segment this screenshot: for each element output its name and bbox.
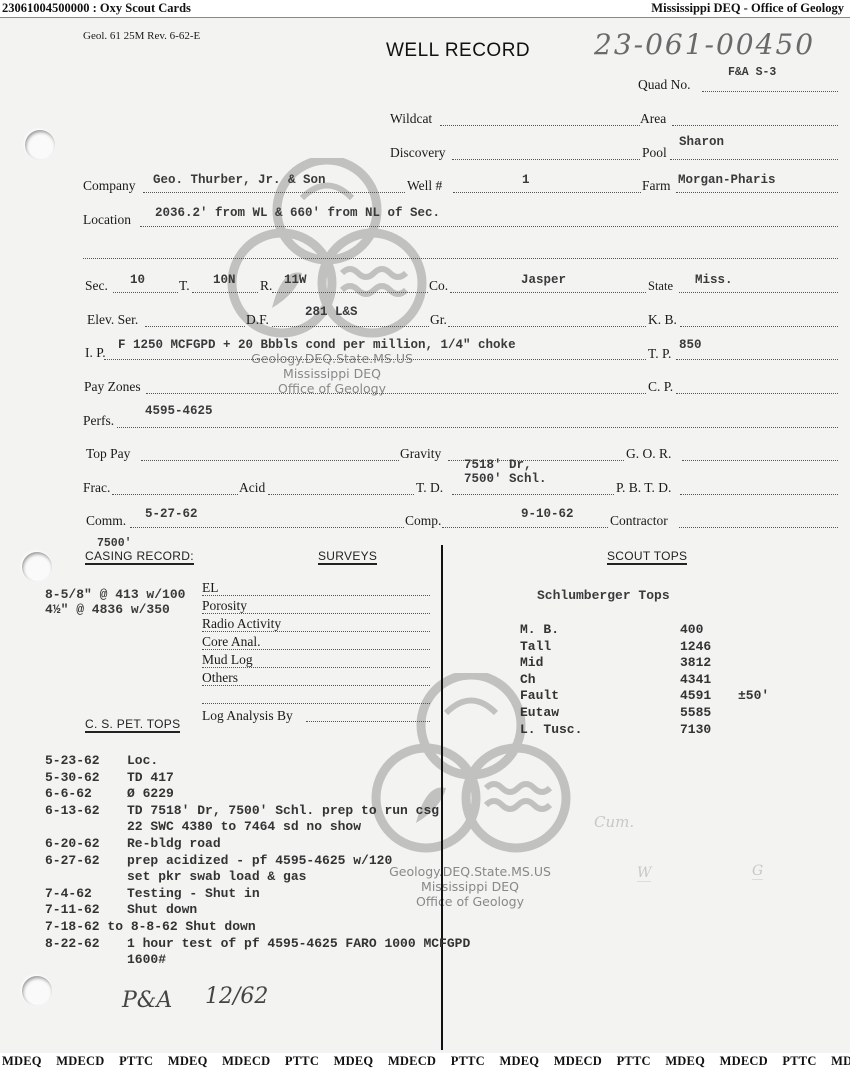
area-label: Area xyxy=(640,111,666,127)
footer-label: MDEQ xyxy=(831,1054,850,1069)
location-label: Location xyxy=(83,212,131,228)
footer-label: PTTC xyxy=(451,1054,485,1069)
survey-item: Core Anal. xyxy=(202,632,430,650)
watermark-line2: Mississippi DEQ xyxy=(242,366,422,381)
survey-item: EL xyxy=(202,578,430,596)
agency-title: Mississippi DEQ - Office of Geology xyxy=(651,1,844,16)
log-entry: 5-23-62Loc. xyxy=(45,753,470,770)
comm-value: 5-27-62 xyxy=(145,507,198,521)
footer-label: MDEQ xyxy=(665,1054,705,1069)
frac-label: Frac. xyxy=(83,480,110,496)
cp-label: C. P. xyxy=(648,379,673,395)
well-no-value: 1 xyxy=(522,173,530,187)
pencil-note-w: W xyxy=(637,865,651,882)
log-entry: 7-11-62Shut down xyxy=(45,902,470,919)
log-entry: 6-6-62Ø 6229 xyxy=(45,786,470,803)
t-label: T. xyxy=(179,278,190,294)
comp-value: 9-10-62 xyxy=(521,507,574,521)
footer-label: MDEQ xyxy=(2,1054,42,1069)
comm-label: Comm. xyxy=(86,513,126,529)
df-value: 281 L&S xyxy=(305,305,358,319)
well-no-label: Well # xyxy=(407,178,442,194)
sec-value: 10 xyxy=(130,273,145,287)
record-id-title: 23061004500000 : Oxy Scout Cards xyxy=(2,1,191,16)
co-label: Co. xyxy=(429,278,448,294)
surveys-heading: SURVEYS xyxy=(318,549,377,565)
handwritten-pa: P&A xyxy=(122,988,172,1013)
footer-label: MDEQ xyxy=(499,1054,539,1069)
footer-label: MDEQ xyxy=(168,1054,208,1069)
top-pay-label: Top Pay xyxy=(86,446,130,462)
t-value: 10N xyxy=(213,273,236,287)
log-entry: 5-30-62TD 417 xyxy=(45,770,470,787)
binder-hole-icon xyxy=(22,976,52,1006)
pool-label: Pool xyxy=(642,145,667,161)
casing-record-heading: CASING RECORD: xyxy=(85,549,194,565)
footer-label: MDECD xyxy=(388,1054,436,1069)
log-entry: 6-13-62TD 7518' Dr, 7500' Schl. prep to … xyxy=(45,803,470,820)
td-value: 7518' Dr, 7500' Schl. xyxy=(464,458,547,486)
td-label: T. D. xyxy=(416,480,443,496)
cs-pet-tops-log: 5-23-62Loc. 5-30-62TD 417 6-6-62Ø 6229 6… xyxy=(45,753,470,969)
gravity-label: Gravity xyxy=(400,446,441,462)
footer-label: PTTC xyxy=(617,1054,651,1069)
table-row: M. B.400 xyxy=(520,622,761,639)
elev-ser-label: Elev. Ser. xyxy=(87,312,138,328)
footer-label: MDEQ xyxy=(334,1054,374,1069)
casing-line: 4½" @ 4836 w/350 xyxy=(45,602,185,617)
binder-hole-icon xyxy=(25,130,55,160)
footer-label: PTTC xyxy=(782,1054,816,1069)
log-entry: 7-4-62Testing - Shut in xyxy=(45,886,470,903)
r-value: 11W xyxy=(284,273,307,287)
table-row: Mid3812 xyxy=(520,655,761,672)
casing-record-list: 8-5/8" @ 413 w/100 4½" @ 4836 w/350 xyxy=(45,587,185,617)
casing-line: 8-5/8" @ 413 w/100 xyxy=(45,587,185,602)
df-label: D.F. xyxy=(246,312,269,328)
comp-label: Comp. xyxy=(405,513,441,529)
wildcat-label: Wildcat xyxy=(390,111,432,127)
pencil-note-g: G xyxy=(752,863,763,880)
perfs-value: 4595-4625 xyxy=(145,404,213,418)
pencil-note-cum: Cum. xyxy=(594,813,634,831)
gr-label: Gr. xyxy=(430,312,447,328)
tp-label: T. P. xyxy=(648,346,671,362)
footer-label: PTTC xyxy=(285,1054,319,1069)
page-header: 23061004500000 : Oxy Scout Cards Mississ… xyxy=(0,0,850,18)
handwritten-api-number: 23-061-00450 xyxy=(594,28,815,61)
log-entry: set pkr swab load & gas xyxy=(45,869,470,886)
table-row: Ch4341 xyxy=(520,672,761,689)
contractor-label: Contractor xyxy=(610,513,668,529)
log-entry: 22 SWC 4380 to 7464 sd no show xyxy=(45,819,470,836)
acid-label: Acid xyxy=(239,480,265,496)
log-entry: 6-27-62prep acidized - pf 4595-4625 w/12… xyxy=(45,853,470,870)
page-footer: MDEQMDECDPTTCMDEQMDECDPTTCMDEQMDECDPTTCM… xyxy=(0,1053,850,1071)
binder-hole-icon xyxy=(22,552,52,582)
log-entry: 7-18-62 to 8-8-62 Shut down xyxy=(45,919,470,936)
form-title: WELL RECORD xyxy=(386,40,530,62)
company-value: Geo. Thurber, Jr. & Son xyxy=(153,173,326,187)
pbtd-label: P. B. T. D. xyxy=(616,480,671,496)
log-entry: 1600# xyxy=(45,952,470,969)
table-row: L. Tusc.7130 xyxy=(520,722,761,739)
survey-item: Radio Activity xyxy=(202,614,430,632)
state-label: State xyxy=(648,279,673,294)
scout-tops-table: M. B.400 Tall1246 Mid3812 Ch4341 Fault45… xyxy=(520,622,761,738)
log-entry: 6-20-62Re-bldg road xyxy=(45,836,470,853)
tp-value: 850 xyxy=(679,338,702,352)
form-code: Geol. 61 25M Rev. 6-62-E xyxy=(83,30,200,42)
location-value: 2036.2' from WL & 660' from NL of Sec. xyxy=(155,206,440,220)
farm-value: Morgan-Pharis xyxy=(678,173,776,187)
survey-item: Porosity xyxy=(202,596,430,614)
pay-zones-label: Pay Zones xyxy=(84,379,141,395)
footer-label: MDECD xyxy=(720,1054,768,1069)
table-row: Fault4591±50' xyxy=(520,688,761,705)
co-value: Jasper xyxy=(521,273,566,287)
footer-label: MDECD xyxy=(554,1054,602,1069)
ip-label: I. P. xyxy=(85,345,106,361)
sec-label: Sec. xyxy=(85,278,108,294)
table-row: Tall1246 xyxy=(520,639,761,656)
scanned-well-record: Geology.DEQ.State.MS.US Mississippi DEQ … xyxy=(0,18,850,1053)
quad-no-value: F&A S-3 xyxy=(728,66,776,79)
discovery-label: Discovery xyxy=(390,145,445,161)
handwritten-date: 12/62 xyxy=(205,984,268,1009)
survey-item: Log Analysis By xyxy=(202,706,430,723)
footer-label: MDECD xyxy=(222,1054,270,1069)
log-entry: 8-22-621 hour test of pf 4595-4625 FARO … xyxy=(45,936,470,953)
state-value: Miss. xyxy=(695,273,733,287)
survey-item: Others xyxy=(202,668,430,686)
footer-label: MDECD xyxy=(56,1054,104,1069)
pool-value: Sharon xyxy=(679,135,724,149)
schlumberger-tops-subheading: Schlumberger Tops xyxy=(537,588,670,603)
cs-pet-tops-heading: C. S. PET. TOPS xyxy=(85,717,180,733)
kb-label: K. B. xyxy=(648,312,677,328)
table-row: Eutaw5585 xyxy=(520,705,761,722)
gor-label: G. O. R. xyxy=(626,446,671,462)
footer-label: PTTC xyxy=(119,1054,153,1069)
survey-item-blank xyxy=(202,686,430,704)
ip-value: F 1250 MCFGPD + 20 Bbbls cond per millio… xyxy=(118,338,516,352)
surveys-list: EL Porosity Radio Activity Core Anal. Mu… xyxy=(202,578,430,723)
farm-label: Farm xyxy=(642,178,671,194)
survey-item: Mud Log xyxy=(202,650,430,668)
quad-no-label: Quad No. xyxy=(638,77,691,93)
r-label: R. xyxy=(260,278,272,294)
company-label: Company xyxy=(83,178,136,194)
scout-tops-heading: SCOUT TOPS xyxy=(607,549,687,565)
perfs-label: Perfs. xyxy=(83,413,114,429)
